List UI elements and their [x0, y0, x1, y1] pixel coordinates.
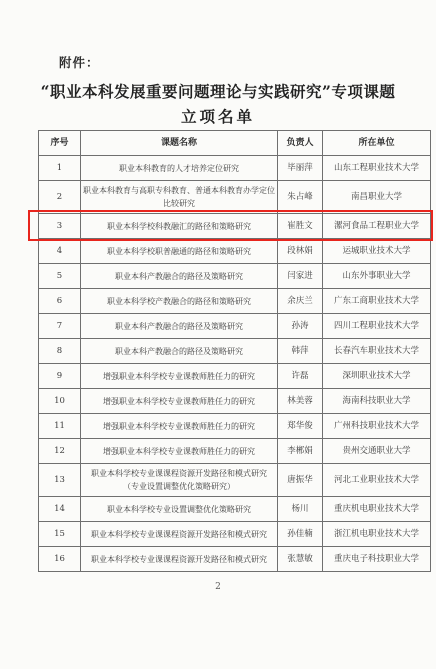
cell-unit: 深圳职业技术大学	[323, 364, 431, 389]
cell-index: 11	[39, 414, 81, 439]
cell-index: 10	[39, 389, 81, 414]
project-table: 序号 课题名称 负责人 所在单位 1 职业本科教育的人才培养定位研究 毕丽萍 山…	[38, 130, 431, 572]
cell-unit: 贵州交通职业大学	[323, 439, 431, 464]
table-row: 14 职业本科学校专业设置调整优化策略研究 杨川 重庆机电职业技术大学	[39, 497, 431, 522]
cell-project-title: 职业本科学校专业课课程资源开发路径和模式研究	[81, 547, 278, 572]
cell-project-title: 职业本科教育的人才培养定位研究	[81, 156, 278, 181]
cell-project-title: 增强职业本科学校专业课教师胜任力的研究	[81, 439, 278, 464]
cell-leader: 杨川	[278, 497, 323, 522]
table-row: 7 职业本科产教融合的路径及策略研究 孙涛 四川工程职业技术大学	[39, 314, 431, 339]
document-subtitle: 立项名单	[0, 105, 436, 127]
cell-unit: 运城职业技术大学	[323, 239, 431, 264]
cell-leader: 余庆兰	[278, 289, 323, 314]
cell-unit: 海南科技职业大学	[323, 389, 431, 414]
cell-leader: 郑华俊	[278, 414, 323, 439]
cell-unit: 重庆电子科技职业大学	[323, 547, 431, 572]
header-leader: 负责人	[278, 131, 323, 156]
table-row: 4 职业本科学校职普融通的路径和策略研究 段林娟 运城职业技术大学	[39, 239, 431, 264]
table-row: 13 职业本科学校专业课课程资源开发路径和模式研究 （专业设置调整优化策略研究）…	[39, 464, 431, 497]
cell-project-title: 职业本科学校科教融汇的路径和策略研究	[81, 214, 278, 239]
cell-unit: 长春汽车职业技术大学	[323, 339, 431, 364]
cell-index: 6	[39, 289, 81, 314]
table-row: 15 职业本科学校专业课课程资源开发路径和模式研究 孙佳楠 浙江机电职业技术大学	[39, 522, 431, 547]
cell-project-title: 职业本科学校产教融合的路径和策略研究	[81, 289, 278, 314]
cell-leader: 毕丽萍	[278, 156, 323, 181]
cell-project-title: 职业本科产教融合的路径及策略研究	[81, 264, 278, 289]
header-unit: 所在单位	[323, 131, 431, 156]
cell-leader: 孙佳楠	[278, 522, 323, 547]
cell-index: 12	[39, 439, 81, 464]
table-row: 11 增强职业本科学校专业课教师胜任力的研究 郑华俊 广州科技职业技术大学	[39, 414, 431, 439]
cell-index: 2	[39, 181, 81, 214]
table-row: 3 职业本科学校科教融汇的路径和策略研究 崔胜文 漯河食品工程职业大学	[39, 214, 431, 239]
cell-index: 4	[39, 239, 81, 264]
cell-unit: 山东外事职业大学	[323, 264, 431, 289]
attachment-label: 附件：	[59, 53, 100, 71]
header-index: 序号	[39, 131, 81, 156]
cell-leader: 张慧敏	[278, 547, 323, 572]
cell-index: 16	[39, 547, 81, 572]
cell-index: 13	[39, 464, 81, 497]
cell-project-title: 增强职业本科学校专业课教师胜任力的研究	[81, 364, 278, 389]
cell-index: 14	[39, 497, 81, 522]
table-row: 2 职业本科教育与高职专科教育、普通本科教育办学定位 比较研究 朱占峰 南昌职业…	[39, 181, 431, 214]
cell-unit: 重庆机电职业技术大学	[323, 497, 431, 522]
cell-unit: 广州科技职业技术大学	[323, 414, 431, 439]
table-row: 8 职业本科产教融合的路径及策略研究 韩萍 长春汽车职业技术大学	[39, 339, 431, 364]
cell-index: 9	[39, 364, 81, 389]
cell-project-title: 职业本科学校专业课课程资源开发路径和模式研究 （专业设置调整优化策略研究）	[81, 464, 278, 497]
cell-unit: 漯河食品工程职业大学	[323, 214, 431, 239]
cell-project-title: 职业本科学校专业课课程资源开发路径和模式研究	[81, 522, 278, 547]
cell-leader: 唐振华	[278, 464, 323, 497]
table-row: 16 职业本科学校专业课课程资源开发路径和模式研究 张慧敏 重庆电子科技职业大学	[39, 547, 431, 572]
cell-index: 5	[39, 264, 81, 289]
page-number: 2	[0, 582, 436, 592]
document-page: 附件： “职业本科发展重要问题理论与实践研究”专项课题 立项名单 序号 课题名称…	[0, 0, 436, 669]
table-row: 9 增强职业本科学校专业课教师胜任力的研究 许磊 深圳职业技术大学	[39, 364, 431, 389]
cell-project-title: 增强职业本科学校专业课教师胜任力的研究	[81, 414, 278, 439]
cell-index: 1	[39, 156, 81, 181]
cell-unit: 河北工业职业技术大学	[323, 464, 431, 497]
cell-unit: 浙江机电职业技术大学	[323, 522, 431, 547]
cell-project-title: 职业本科产教融合的路径及策略研究	[81, 339, 278, 364]
table-row: 1 职业本科教育的人才培养定位研究 毕丽萍 山东工程职业技术大学	[39, 156, 431, 181]
cell-unit: 南昌职业大学	[323, 181, 431, 214]
table-row: 10 增强职业本科学校专业课教师胜任力的研究 林美蓉 海南科技职业大学	[39, 389, 431, 414]
cell-project-title: 职业本科学校职普融通的路径和策略研究	[81, 239, 278, 264]
cell-leader: 孙涛	[278, 314, 323, 339]
cell-index: 15	[39, 522, 81, 547]
cell-unit: 山东工程职业技术大学	[323, 156, 431, 181]
project-table-body: 1 职业本科教育的人才培养定位研究 毕丽萍 山东工程职业技术大学 2 职业本科教…	[39, 156, 431, 572]
cell-leader: 朱占峰	[278, 181, 323, 214]
header-project-name: 课题名称	[81, 131, 278, 156]
cell-project-title: 职业本科产教融合的路径及策略研究	[81, 314, 278, 339]
cell-leader: 韩萍	[278, 339, 323, 364]
cell-index: 3	[39, 214, 81, 239]
cell-leader: 林美蓉	[278, 389, 323, 414]
cell-unit: 四川工程职业技术大学	[323, 314, 431, 339]
cell-project-title: 职业本科教育与高职专科教育、普通本科教育办学定位 比较研究	[81, 181, 278, 214]
cell-leader: 李郴娟	[278, 439, 323, 464]
document-title: “职业本科发展重要问题理论与实践研究”专项课题	[0, 80, 436, 102]
cell-leader: 闫家进	[278, 264, 323, 289]
table-row: 5 职业本科产教融合的路径及策略研究 闫家进 山东外事职业大学	[39, 264, 431, 289]
table-row: 6 职业本科学校产教融合的路径和策略研究 余庆兰 广东工商职业技术大学	[39, 289, 431, 314]
table-row: 12 增强职业本科学校专业课教师胜任力的研究 李郴娟 贵州交通职业大学	[39, 439, 431, 464]
cell-index: 8	[39, 339, 81, 364]
cell-leader: 段林娟	[278, 239, 323, 264]
cell-leader: 崔胜文	[278, 214, 323, 239]
table-header-row: 序号 课题名称 负责人 所在单位	[39, 131, 431, 156]
cell-index: 7	[39, 314, 81, 339]
cell-unit: 广东工商职业技术大学	[323, 289, 431, 314]
cell-project-title: 职业本科学校专业设置调整优化策略研究	[81, 497, 278, 522]
cell-leader: 许磊	[278, 364, 323, 389]
cell-project-title: 增强职业本科学校专业课教师胜任力的研究	[81, 389, 278, 414]
